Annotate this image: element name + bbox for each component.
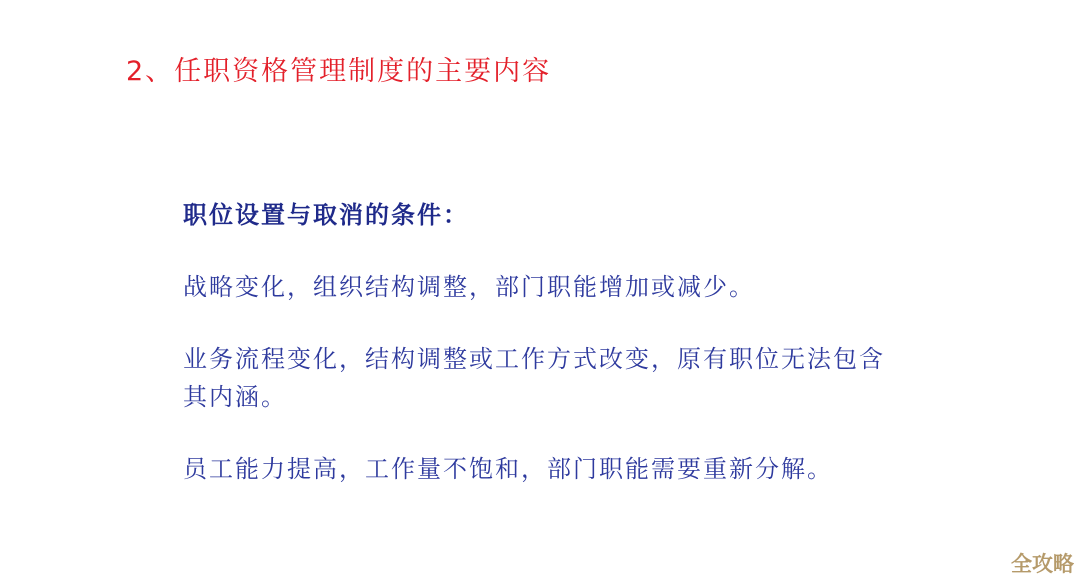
slide: 2、任职资格管理制度的主要内容 职位设置与取消的条件： 战略变化，组织结构调整，…	[0, 0, 1080, 584]
slide-content: 职位设置与取消的条件： 战略变化，组织结构调整，部门职能增加或减少。 业务流程变…	[183, 197, 903, 522]
condition-paragraph-1: 战略变化，组织结构调整，部门职能增加或减少。	[183, 268, 888, 306]
slide-title: 2、任职资格管理制度的主要内容	[126, 54, 551, 90]
section-heading: 职位设置与取消的条件：	[183, 197, 903, 233]
condition-paragraph-2: 业务流程变化，结构调整或工作方式改变，原有职位无法包含其内涵。	[183, 340, 888, 416]
watermark-logo: 全攻略	[1011, 548, 1074, 578]
condition-paragraph-3: 员工能力提高，工作量不饱和，部门职能需要重新分解。	[183, 450, 888, 488]
